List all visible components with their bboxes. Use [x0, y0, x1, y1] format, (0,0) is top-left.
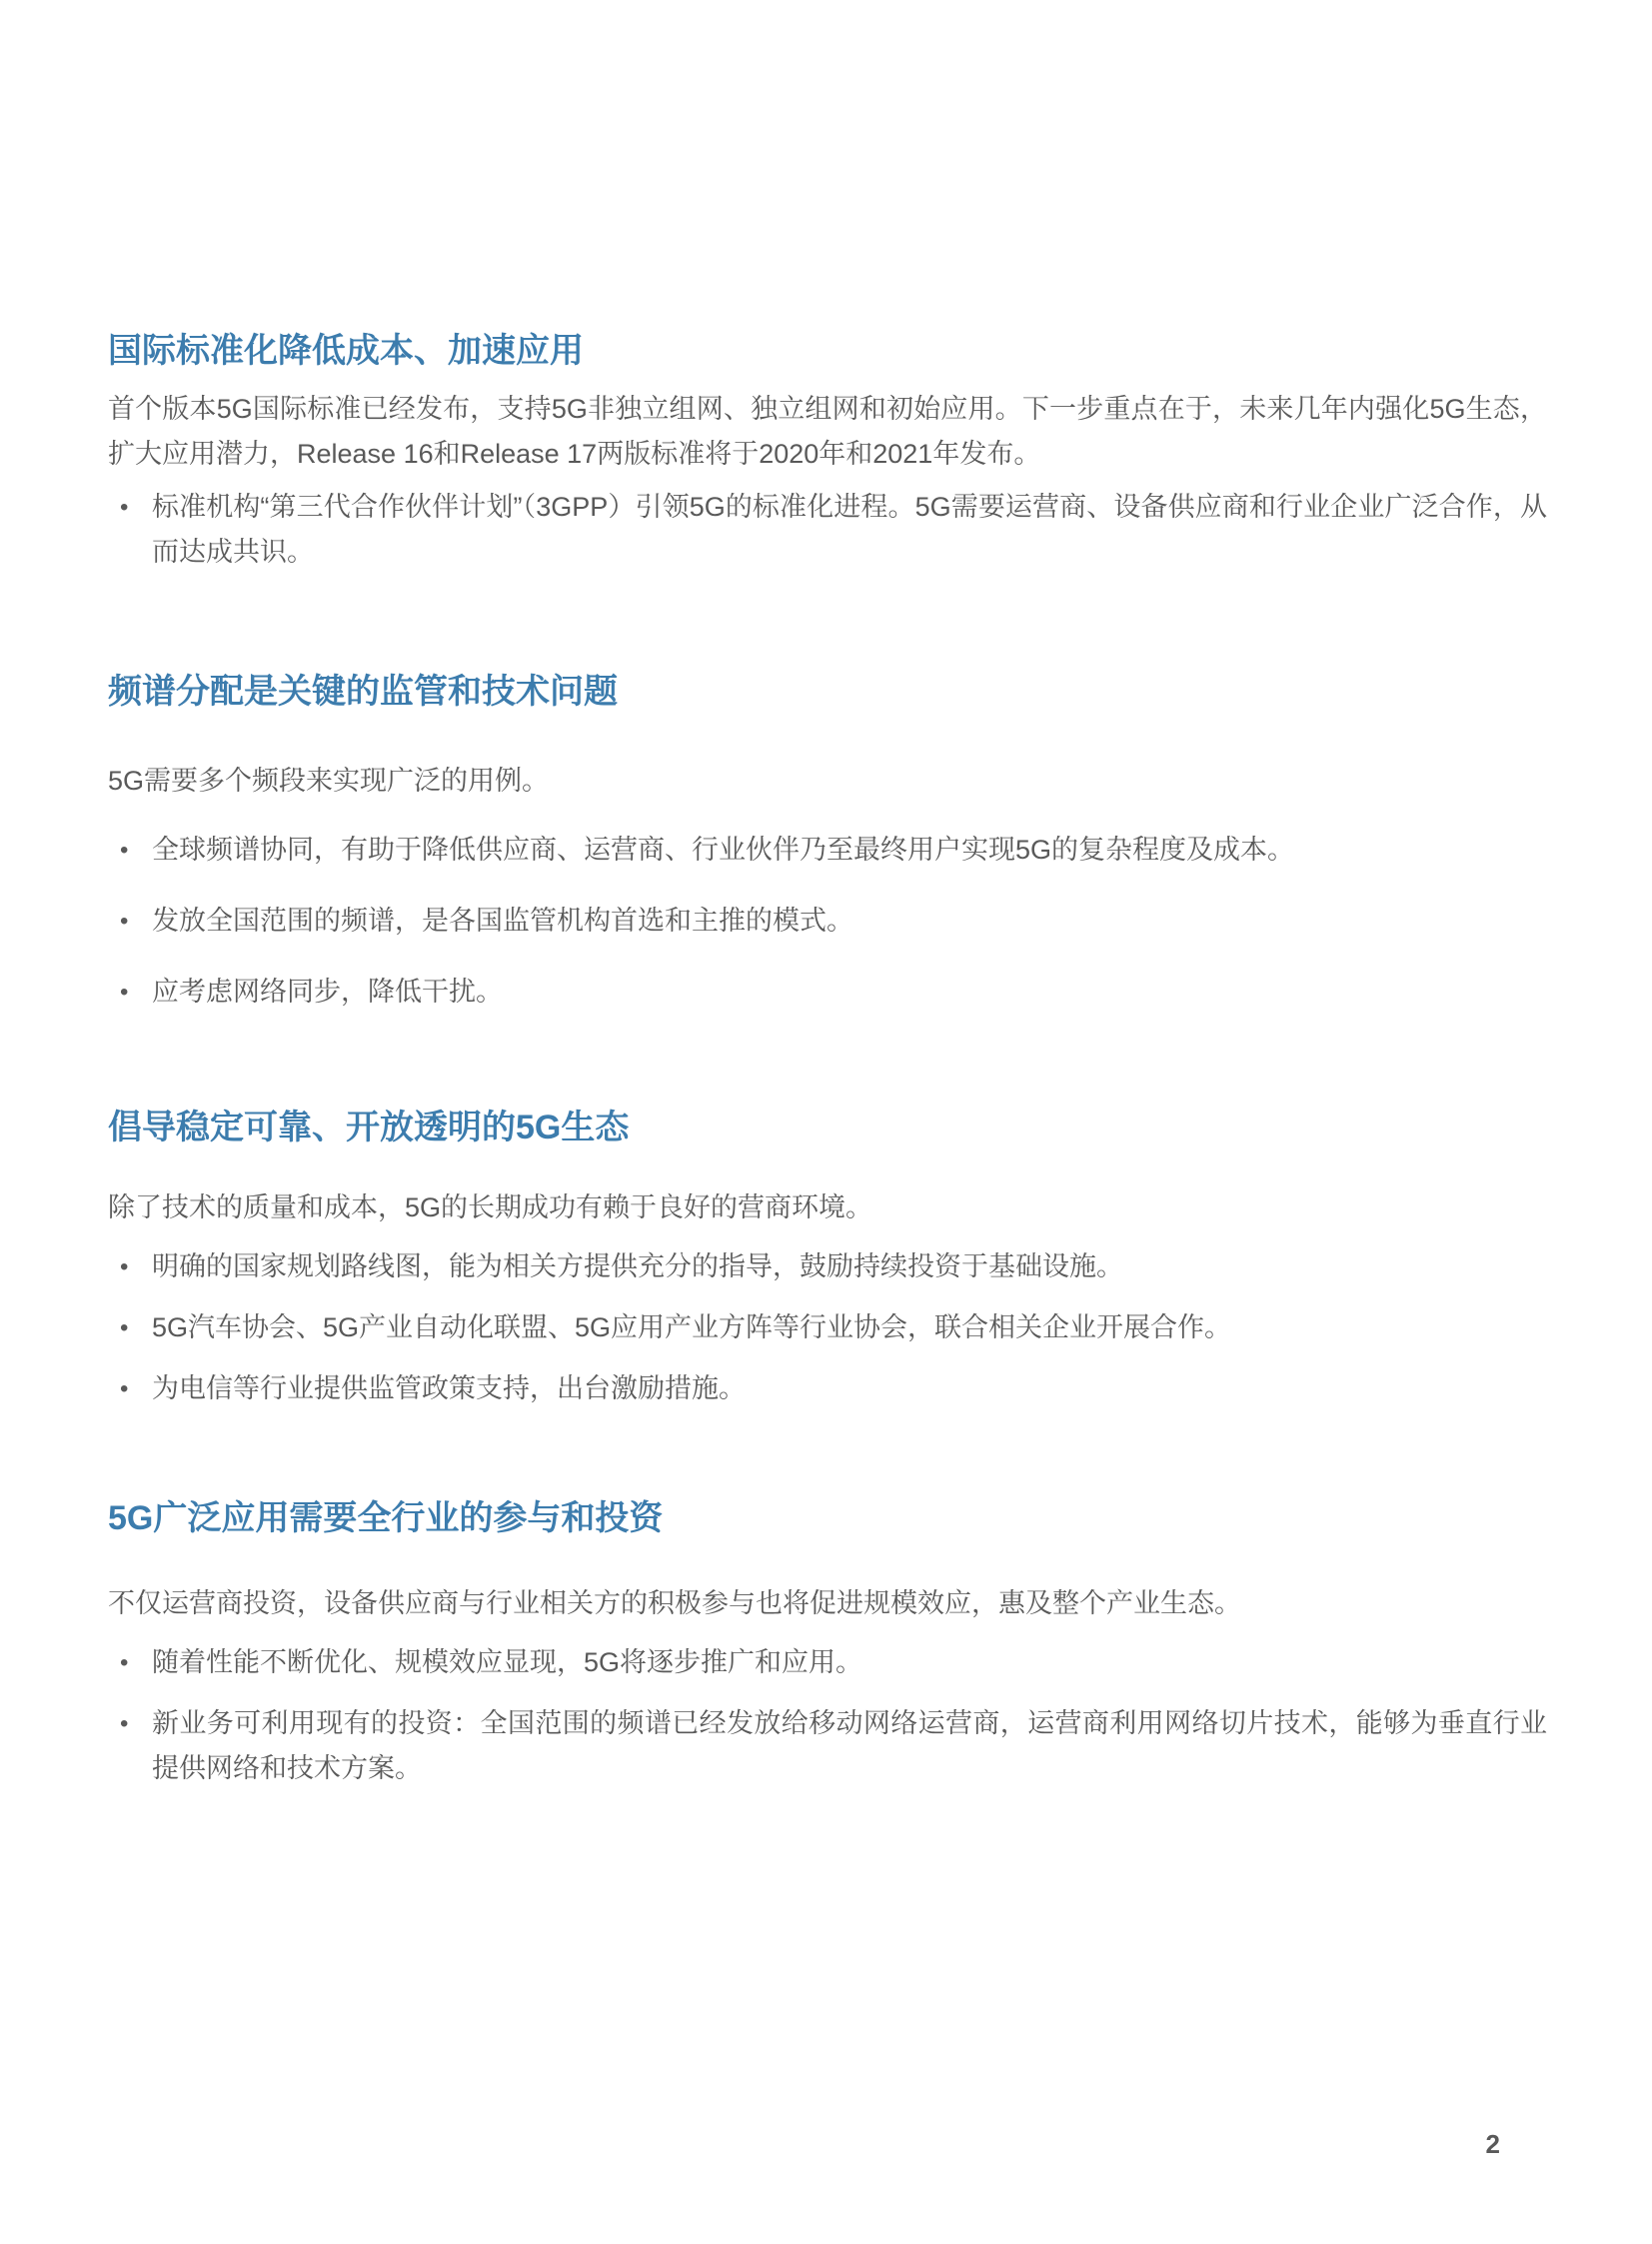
bullet-list: 明确的国家规划路线图，能为相关方提供充分的指导，鼓励持续投资于基础设施。 5G汽… — [108, 1244, 1547, 1411]
bullet-list: 标准机构“第三代合作伙伴计划”（3GPP）引领5G的标准化进程。5G需要运营商、… — [108, 485, 1547, 575]
section-international-standardization: 国际标准化降低成本、加速应用 首个版本5G国际标准已经发布，支持5G非独立组网、… — [108, 330, 1547, 575]
section-intro: 5G需要多个频段来实现广泛的用例。 — [108, 759, 1547, 804]
section-industry-participation: 5G广泛应用需要全行业的参与和投资 不仅运营商投资，设备供应商与行业相关方的积极… — [108, 1497, 1547, 1792]
page-number: 2 — [1486, 2129, 1500, 2160]
bullet-item: 全球频谱协同，有助于降低供应商、运营商、行业伙伴乃至最终用户实现5G的复杂程度及… — [108, 828, 1547, 873]
bullet-item: 5G汽车协会、5G产业自动化联盟、5G应用产业方阵等行业协会，联合相关企业开展合… — [108, 1305, 1547, 1350]
section-heading: 倡导稳定可靠、开放透明的5G生态 — [108, 1107, 1547, 1149]
bullet-item: 新业务可利用现有的投资：全国范围的频谱已经发放给移动网络运营商，运营商利用网络切… — [108, 1701, 1547, 1791]
section-5g-ecosystem: 倡导稳定可靠、开放透明的5G生态 除了技术的质量和成本，5G的长期成功有赖于良好… — [108, 1107, 1547, 1411]
document-page: 国际标准化降低成本、加速应用 首个版本5G国际标准已经发布，支持5G非独立组网、… — [0, 0, 1652, 2244]
section-intro: 除了技术的质量和成本，5G的长期成功有赖于良好的营商环境。 — [108, 1185, 1547, 1230]
bullet-item: 应考虑网络同步，降低干扰。 — [108, 970, 1547, 1015]
section-heading: 频谱分配是关键的监管和技术问题 — [108, 671, 1547, 714]
section-intro: 首个版本5G国际标准已经发布，支持5G非独立组网、独立组网和初始应用。下一步重点… — [108, 387, 1547, 477]
bullet-item: 明确的国家规划路线图，能为相关方提供充分的指导，鼓励持续投资于基础设施。 — [108, 1244, 1547, 1289]
bullet-list: 全球频谱协同，有助于降低供应商、运营商、行业伙伴乃至最终用户实现5G的复杂程度及… — [108, 828, 1547, 1015]
bullet-item: 随着性能不断优化、规模效应显现，5G将逐步推广和应用。 — [108, 1640, 1547, 1685]
section-spectrum-allocation: 频谱分配是关键的监管和技术问题 5G需要多个频段来实现广泛的用例。 全球频谱协同… — [108, 671, 1547, 1016]
bullet-item: 为电信等行业提供监管政策支持，出台激励措施。 — [108, 1366, 1547, 1411]
bullet-item: 发放全国范围的频谱，是各国监管机构首选和主推的模式。 — [108, 899, 1547, 944]
bullet-list: 随着性能不断优化、规模效应显现，5G将逐步推广和应用。 新业务可利用现有的投资：… — [108, 1640, 1547, 1791]
bullet-item: 标准机构“第三代合作伙伴计划”（3GPP）引领5G的标准化进程。5G需要运营商、… — [108, 485, 1547, 575]
section-heading: 国际标准化降低成本、加速应用 — [108, 330, 1547, 373]
section-heading: 5G广泛应用需要全行业的参与和投资 — [108, 1497, 1547, 1540]
section-intro: 不仅运营商投资，设备供应商与行业相关方的积极参与也将促进规模效应，惠及整个产业生… — [108, 1581, 1547, 1626]
